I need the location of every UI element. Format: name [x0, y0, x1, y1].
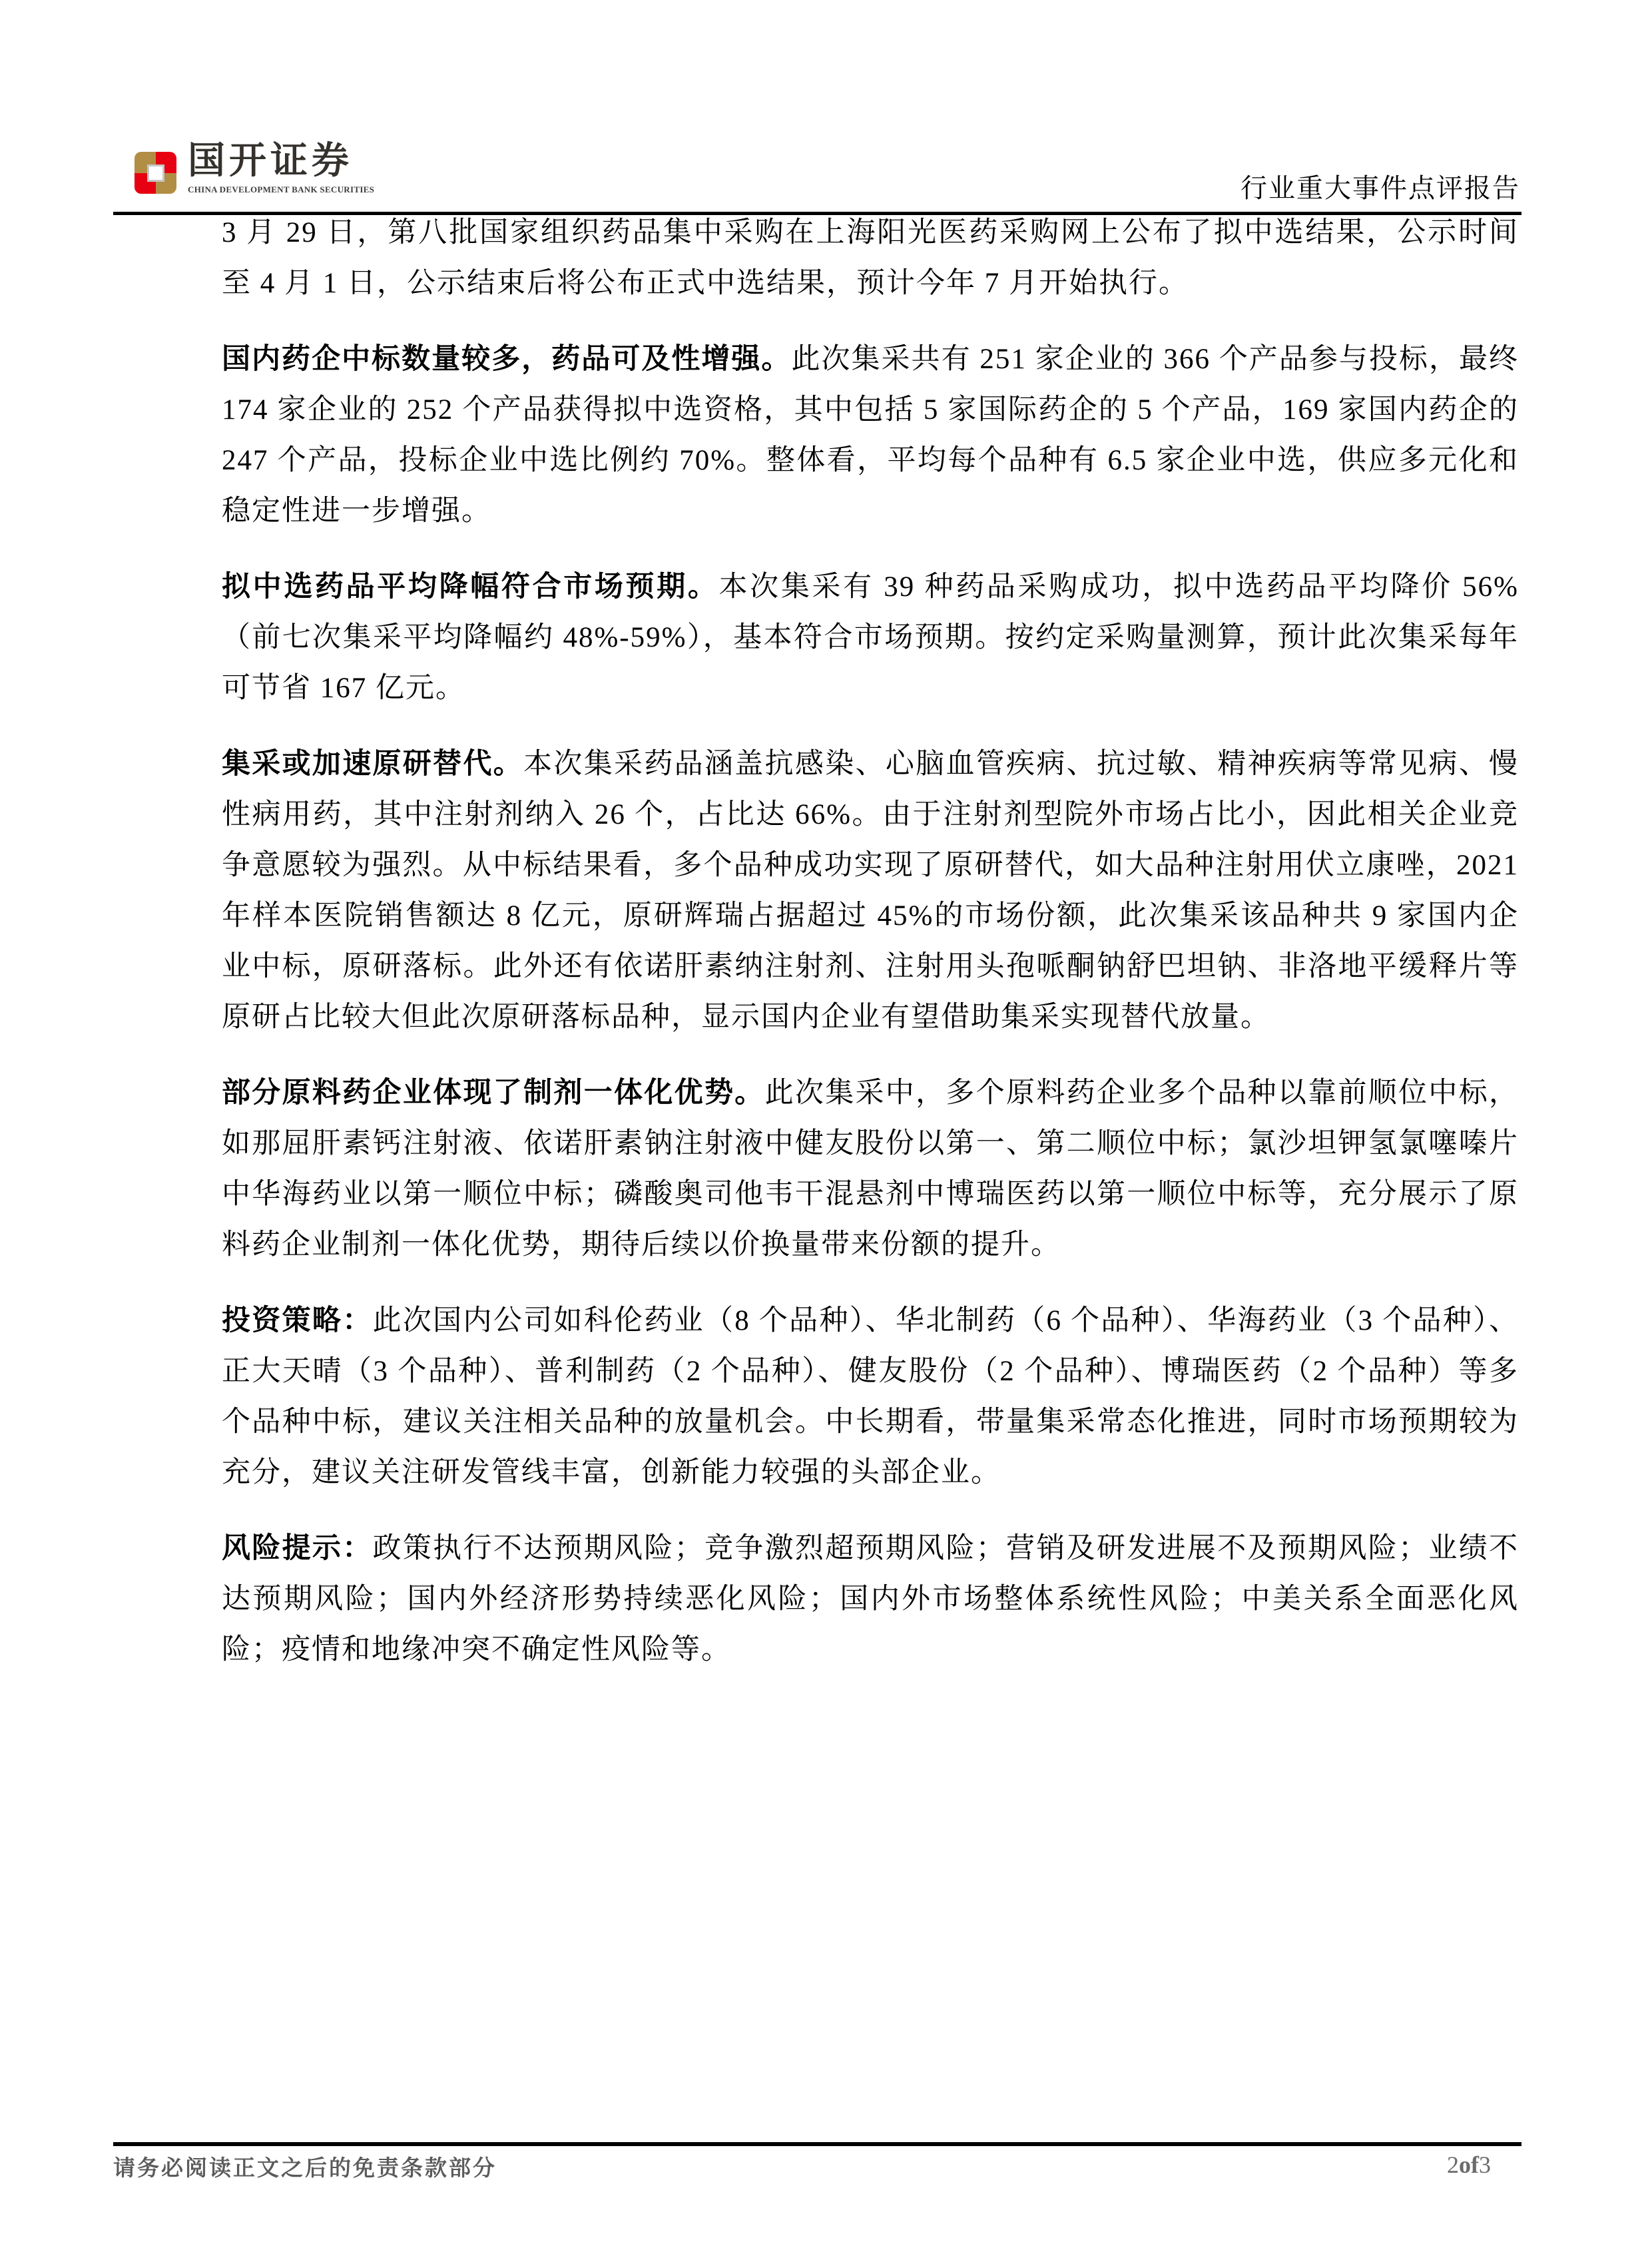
report-page: 国开证券 CHINA DEVELOPMENT BANK SECURITIES 行… — [0, 0, 1652, 2242]
page-current: 2 — [1447, 2151, 1459, 2178]
paragraph-text: 此次国内公司如科伦药业（8 个品种）、华北制药（6 个品种）、华海药业（3 个品… — [222, 1305, 1519, 1488]
disclaimer-text: 请务必阅读正文之后的免责条款部分 — [113, 2151, 497, 2182]
paragraph: 部分原料药企业体现了制剂一体化优势。此次集采中，多个原料药企业多个品种以靠前顺位… — [222, 1068, 1519, 1270]
paragraph: 集采或加速原研替代。本次集采药品涵盖抗感染、心脑血管疾病、抗过敏、精神疾病等常见… — [222, 739, 1519, 1043]
page-total: 3 — [1479, 2151, 1491, 2178]
paragraph-text: 本次集采药品涵盖抗感染、心脑血管疾病、抗过敏、精神疾病等常见病、慢性病用药，其中… — [222, 748, 1519, 1033]
paragraph-lead: 拟中选药品平均降幅符合市场预期。 — [222, 571, 719, 603]
paragraph-lead: 集采或加速原研替代。 — [222, 748, 523, 780]
paragraph: 投资策略：此次国内公司如科伦药业（8 个品种）、华北制药（6 个品种）、华海药业… — [222, 1296, 1519, 1498]
page-separator: of — [1459, 2151, 1479, 2178]
paragraph-lead: 投资策略： — [222, 1305, 373, 1336]
paragraph: 国内药企中标数量较多，药品可及性增强。此次集采共有 251 家企业的 366 个… — [222, 334, 1519, 537]
logo-center-square — [147, 164, 164, 182]
page-number: 2of3 — [1447, 2151, 1491, 2179]
cdb-securities-logo-icon — [135, 152, 176, 194]
paragraph-text: 3 月 29 日，第八批国家组织药品集中采购在上海阳光医药采购网上公布了拟中选结… — [222, 217, 1519, 299]
paragraph-lead: 国内药企中标数量较多，药品可及性增强。 — [222, 344, 791, 375]
brand-name-cn: 国开证券 — [188, 142, 374, 180]
paragraph-text: 政策执行不达预期风险；竞争激烈超预期风险；营销及研发进展不及预期风险；业绩不达预… — [222, 1533, 1519, 1665]
report-body: 3 月 29 日，第八批国家组织药品集中采购在上海阳光医药采购网上公布了拟中选结… — [222, 208, 1519, 1701]
footer-row: 请务必阅读正文之后的免责条款部分 2of3 — [113, 2146, 1521, 2182]
page-footer: 请务必阅读正文之后的免责条款部分 2of3 — [113, 2142, 1521, 2182]
paragraph: 拟中选药品平均降幅符合市场预期。本次集采有 39 种药品采购成功，拟中选药品平均… — [222, 562, 1519, 714]
brand-name-en: CHINA DEVELOPMENT BANK SECURITIES — [188, 184, 374, 195]
brand-block: 国开证券 CHINA DEVELOPMENT BANK SECURITIES — [188, 142, 374, 195]
page-header: 国开证券 CHINA DEVELOPMENT BANK SECURITIES 行… — [113, 105, 1521, 215]
paragraph: 3 月 29 日，第八批国家组织药品集中采购在上海阳光医药采购网上公布了拟中选结… — [222, 208, 1519, 309]
paragraph-lead: 风险提示： — [222, 1533, 373, 1564]
report-type-label: 行业重大事件点评报告 — [1240, 167, 1520, 205]
paragraph-risk-notice: 风险提示：政策执行不达预期风险；竞争激烈超预期风险；营销及研发进展不及预期风险；… — [222, 1524, 1519, 1675]
paragraph-lead: 部分原料药企业体现了制剂一体化优势。 — [222, 1077, 765, 1109]
